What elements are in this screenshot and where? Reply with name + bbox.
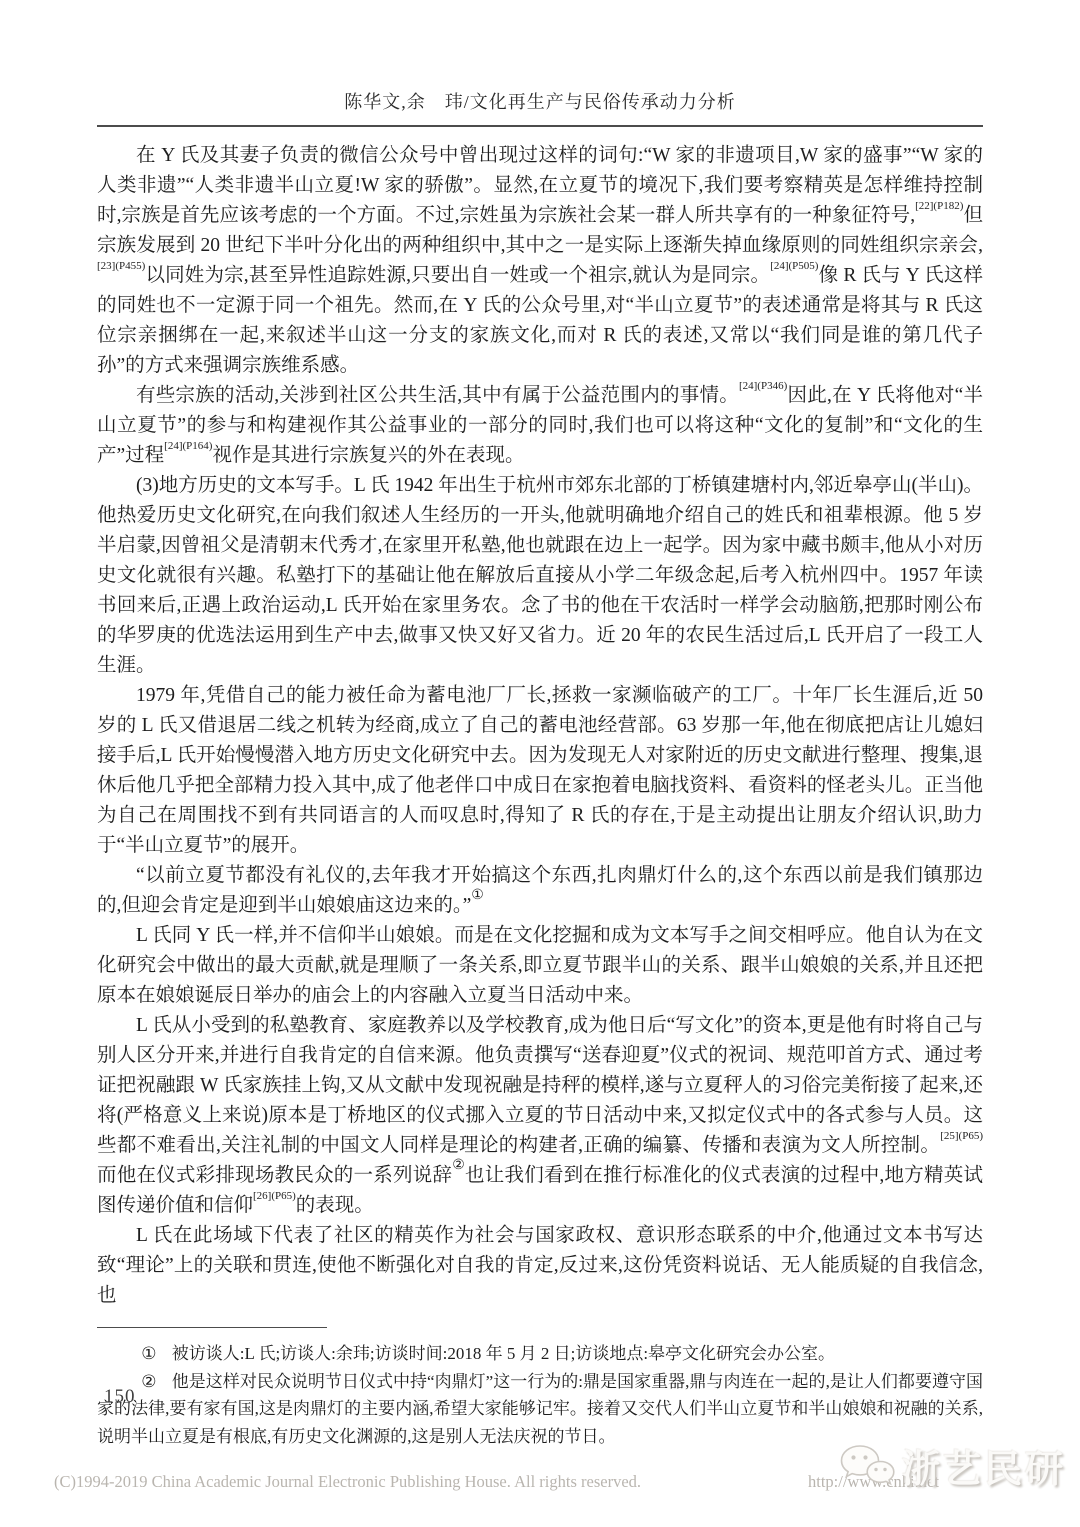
wechat-icon	[838, 1442, 896, 1490]
header-rule	[97, 125, 983, 127]
footnote-number: ②	[141, 1372, 156, 1391]
body-paragraph: L 氏同 Y 氏一样,并不信仰半山娘娘。而是在文化挖掘和成为文本写手之间交相呼应…	[97, 921, 983, 1011]
citation-superscript: [24](P164)	[164, 440, 212, 452]
citation-superscript: [24](P346)	[739, 380, 787, 392]
citation-superscript: [26](P65)	[253, 1190, 296, 1202]
footnote-marker-superscript: ②	[452, 1158, 465, 1173]
footnotes-block: ①被访谈人:L 氏;访谈人:余玮;访谈时间:2018 年 5 月 2 日;访谈地…	[97, 1340, 983, 1450]
body-paragraph: (3)地方历史的文本写手。L 氏 1942 年出生于杭州市郊东北部的丁桥镇建塘村…	[97, 471, 983, 681]
citation-superscript: [23](P455)	[97, 260, 145, 272]
body-paragraph: 有些宗族的活动,关涉到社区公共生活,其中有属于公益范围内的事情。[24](P34…	[97, 381, 983, 471]
body-paragraph: 1979 年,凭借自己的能力被任命为蓄电池厂厂长,拯救一家濒临破产的工厂。十年厂…	[97, 681, 983, 861]
footnote-number: ①	[141, 1344, 156, 1363]
copyright-text: (C)1994-2019 China Academic Journal Elec…	[54, 1472, 641, 1492]
footnote-item: ①被访谈人:L 氏;访谈人:余玮;访谈时间:2018 年 5 月 2 日;访谈地…	[97, 1340, 983, 1368]
running-head-title: 陈华文,余 玮/文化再生产与民俗传承动力分析	[97, 0, 983, 114]
footnote-marker-superscript: ①	[471, 888, 484, 903]
page-number: 150	[104, 1386, 136, 1408]
watermark-text: 浙艺民研	[902, 1438, 1066, 1493]
article-body: 在 Y 氏及其妻子负责的微信公众号中曾出现过这样的词句:“W 家的非遗项目,W …	[97, 141, 983, 1311]
citation-superscript: [24](P505)	[770, 260, 818, 272]
citation-superscript: [25](P65)	[940, 1130, 983, 1142]
body-paragraph: “以前立夏节都没有礼仪的,去年我才开始搞这个东西,扎肉鼎灯什么的,这个东西以前是…	[97, 861, 983, 921]
body-paragraph: L 氏从小受到的私塾教育、家庭教养以及学校教育,成为他日后“写文化”的资本,更是…	[97, 1011, 983, 1221]
body-paragraph: 在 Y 氏及其妻子负责的微信公众号中曾出现过这样的词句:“W 家的非遗项目,W …	[97, 141, 983, 381]
journal-page: 陈华文,余 玮/文化再生产与民俗传承动力分析 在 Y 氏及其妻子负责的微信公众号…	[0, 0, 1080, 1527]
footnote-separator	[97, 1327, 327, 1328]
citation-superscript: [22](P182)	[915, 200, 963, 212]
body-paragraph: L 氏在此场域下代表了社区的精英作为社会与国家政权、意识形态联系的中介,他通过文…	[97, 1221, 983, 1311]
watermark: 浙艺民研	[838, 1438, 1066, 1493]
